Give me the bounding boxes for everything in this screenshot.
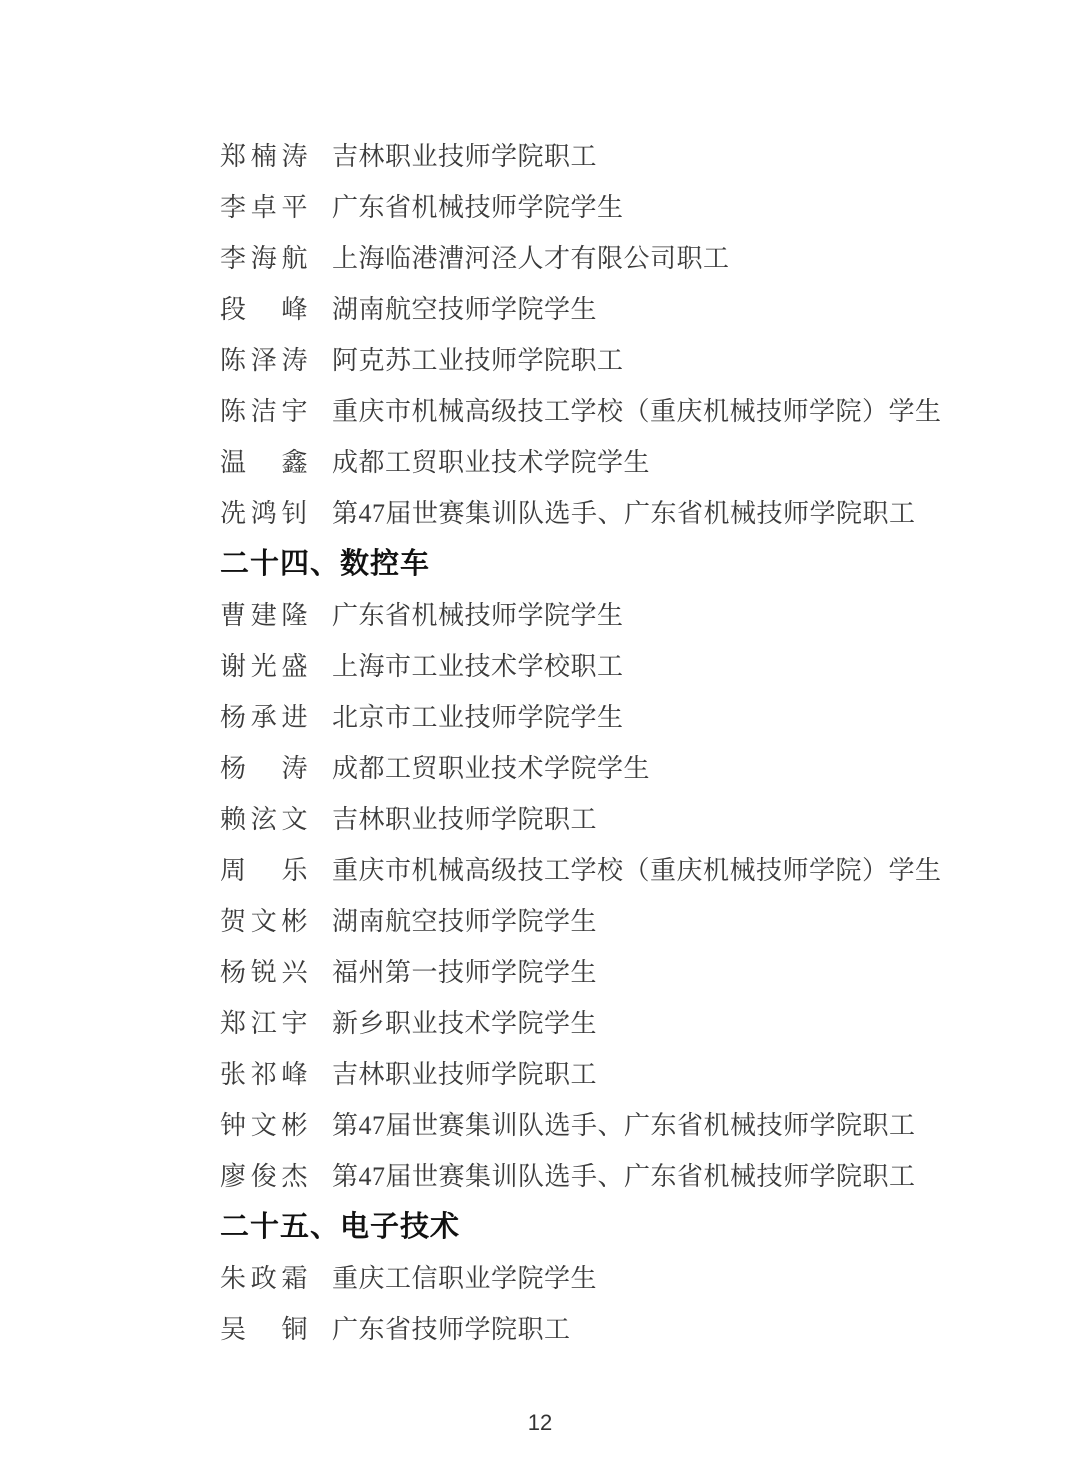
list-item: 杨承进 北京市工业技师学院学生 bbox=[220, 692, 1030, 743]
person-name: 张祁峰 bbox=[220, 1049, 308, 1100]
list-item: 段峰 湖南航空技师学院学生 bbox=[220, 284, 1030, 335]
person-name: 李海航 bbox=[220, 233, 308, 284]
person-name: 谢光盛 bbox=[220, 641, 308, 692]
person-name: 钟文彬 bbox=[220, 1100, 308, 1151]
list-item: 谢光盛 上海市工业技术学校职工 bbox=[220, 641, 1030, 692]
person-name: 曹建隆 bbox=[220, 590, 308, 641]
person-affiliation: 重庆市机械高级技工学校（重庆机械技师学院）学生 bbox=[332, 845, 1030, 896]
person-affiliation: 吉林职业技师学院职工 bbox=[332, 1049, 1030, 1100]
section-heading: 二十四、数控车 bbox=[220, 539, 1030, 590]
list-item: 杨锐兴 福州第一技师学院学生 bbox=[220, 947, 1030, 998]
section-entries: 朱政霜 重庆工信职业学院学生 吴铜 广东省技师学院职工 bbox=[220, 1253, 1030, 1355]
person-name: 贺文彬 bbox=[220, 896, 308, 947]
list-item: 曹建隆 广东省机械技师学院学生 bbox=[220, 590, 1030, 641]
page-number: 12 bbox=[528, 1410, 552, 1435]
list-item: 郑江宇 新乡职业技术学院学生 bbox=[220, 998, 1030, 1049]
person-affiliation: 上海临港漕河泾人才有限公司职工 bbox=[332, 233, 1030, 284]
person-affiliation: 重庆工信职业学院学生 bbox=[332, 1253, 1030, 1304]
document-page: 郑楠涛 吉林职业技师学院职工 李卓平 广东省机械技师学院学生 李海航 上海临港漕… bbox=[0, 0, 1080, 1460]
person-name: 段峰 bbox=[220, 284, 308, 335]
person-affiliation: 成都工贸职业技术学院学生 bbox=[332, 743, 1030, 794]
person-affiliation: 广东省技师学院职工 bbox=[332, 1304, 1030, 1355]
list-item: 冼鸿钊 第47届世赛集训队选手、广东省机械技师学院职工 bbox=[220, 488, 1030, 539]
list-item: 赖泫文 吉林职业技师学院职工 bbox=[220, 794, 1030, 845]
person-name: 陈洁宇 bbox=[220, 386, 308, 437]
person-affiliation: 北京市工业技师学院学生 bbox=[332, 692, 1030, 743]
person-name: 郑楠涛 bbox=[220, 131, 308, 182]
person-affiliation: 新乡职业技术学院学生 bbox=[332, 998, 1030, 1049]
person-affiliation: 广东省机械技师学院学生 bbox=[332, 182, 1030, 233]
list-item: 吴铜 广东省技师学院职工 bbox=[220, 1304, 1030, 1355]
list-item: 杨涛 成都工贸职业技术学院学生 bbox=[220, 743, 1030, 794]
person-name: 温鑫 bbox=[220, 437, 308, 488]
list-item: 李卓平 广东省机械技师学院学生 bbox=[220, 182, 1030, 233]
person-affiliation: 上海市工业技术学校职工 bbox=[332, 641, 1030, 692]
list-item: 陈泽涛 阿克苏工业技师学院职工 bbox=[220, 335, 1030, 386]
person-name: 冼鸿钊 bbox=[220, 488, 308, 539]
person-affiliation: 吉林职业技师学院职工 bbox=[332, 131, 1030, 182]
award-name-list: 郑楠涛 吉林职业技师学院职工 李卓平 广东省机械技师学院学生 李海航 上海临港漕… bbox=[220, 131, 1030, 1355]
list-item: 温鑫 成都工贸职业技术学院学生 bbox=[220, 437, 1030, 488]
person-name: 郑江宇 bbox=[220, 998, 308, 1049]
list-item: 李海航 上海临港漕河泾人才有限公司职工 bbox=[220, 233, 1030, 284]
person-affiliation: 第47届世赛集训队选手、广东省机械技师学院职工 bbox=[332, 1151, 1030, 1202]
list-item: 朱政霜 重庆工信职业学院学生 bbox=[220, 1253, 1030, 1304]
list-item: 廖俊杰 第47届世赛集训队选手、广东省机械技师学院职工 bbox=[220, 1151, 1030, 1202]
list-item: 郑楠涛 吉林职业技师学院职工 bbox=[220, 131, 1030, 182]
person-name: 吴铜 bbox=[220, 1304, 308, 1355]
person-name: 陈泽涛 bbox=[220, 335, 308, 386]
person-affiliation: 重庆市机械高级技工学校（重庆机械技师学院）学生 bbox=[332, 386, 1030, 437]
person-affiliation: 第47届世赛集训队选手、广东省机械技师学院职工 bbox=[332, 488, 1030, 539]
person-affiliation: 吉林职业技师学院职工 bbox=[332, 794, 1030, 845]
list-item: 周乐 重庆市机械高级技工学校（重庆机械技师学院）学生 bbox=[220, 845, 1030, 896]
person-affiliation: 成都工贸职业技术学院学生 bbox=[332, 437, 1030, 488]
list-section: 二十五、电子技术 朱政霜 重庆工信职业学院学生 吴铜 广东省技师学院职工 bbox=[220, 1202, 1030, 1355]
page-footer: 12 bbox=[0, 1410, 1080, 1436]
section-entries: 曹建隆 广东省机械技师学院学生 谢光盛 上海市工业技术学校职工 杨承进 北京市工… bbox=[220, 590, 1030, 1202]
person-name: 李卓平 bbox=[220, 182, 308, 233]
person-name: 杨承进 bbox=[220, 692, 308, 743]
person-affiliation: 阿克苏工业技师学院职工 bbox=[332, 335, 1030, 386]
person-name: 廖俊杰 bbox=[220, 1151, 308, 1202]
person-name: 杨涛 bbox=[220, 743, 308, 794]
section-entries: 郑楠涛 吉林职业技师学院职工 李卓平 广东省机械技师学院学生 李海航 上海临港漕… bbox=[220, 131, 1030, 539]
section-heading: 二十五、电子技术 bbox=[220, 1202, 1030, 1253]
list-item: 贺文彬 湖南航空技师学院学生 bbox=[220, 896, 1030, 947]
person-affiliation: 广东省机械技师学院学生 bbox=[332, 590, 1030, 641]
person-affiliation: 第47届世赛集训队选手、广东省机械技师学院职工 bbox=[332, 1100, 1030, 1151]
list-section: 二十四、数控车 曹建隆 广东省机械技师学院学生 谢光盛 上海市工业技术学校职工 … bbox=[220, 539, 1030, 1202]
list-item: 陈洁宇 重庆市机械高级技工学校（重庆机械技师学院）学生 bbox=[220, 386, 1030, 437]
person-affiliation: 福州第一技师学院学生 bbox=[332, 947, 1030, 998]
list-item: 张祁峰 吉林职业技师学院职工 bbox=[220, 1049, 1030, 1100]
list-item: 钟文彬 第47届世赛集训队选手、广东省机械技师学院职工 bbox=[220, 1100, 1030, 1151]
person-affiliation: 湖南航空技师学院学生 bbox=[332, 896, 1030, 947]
person-name: 周乐 bbox=[220, 845, 308, 896]
person-name: 朱政霜 bbox=[220, 1253, 308, 1304]
list-section: 郑楠涛 吉林职业技师学院职工 李卓平 广东省机械技师学院学生 李海航 上海临港漕… bbox=[220, 131, 1030, 539]
person-name: 赖泫文 bbox=[220, 794, 308, 845]
person-affiliation: 湖南航空技师学院学生 bbox=[332, 284, 1030, 335]
person-name: 杨锐兴 bbox=[220, 947, 308, 998]
